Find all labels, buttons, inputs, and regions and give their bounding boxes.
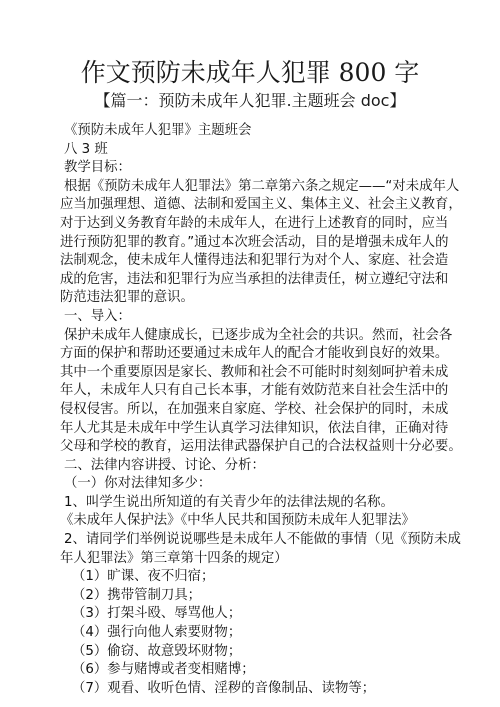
paragraph-line: 防范违法犯罪的意识。: [60, 289, 480, 308]
paragraph-line: 方面的保护和帮助还要通过未成年人的配合才能收到良好的效果。: [60, 345, 480, 364]
subsection-heading: （一）你对法律知多少：: [60, 475, 480, 494]
document-subtitle: 【篇一：预防未成年人犯罪.主题班会 doc】: [0, 91, 500, 111]
list-item: （6）参与赌博或者变相赌博；: [60, 661, 480, 680]
list-item: （1）旷课、夜不归宿；: [60, 568, 480, 587]
paragraph-line: 侵权侵害。所以，在加强来自家庭、学校、社会保护的同时，未成: [60, 401, 480, 420]
paragraph-line: 法制观念，使未成年人懂得违法和犯罪行为对个人、家庭、社会造: [60, 252, 480, 271]
law-names: 《未成年人保护法》《中华人民共和国预防未成年人犯罪法》: [60, 512, 480, 531]
paragraph-line: 进行预防犯罪的教育。”通过本次班会活动，目的是增强未成年人的: [60, 234, 480, 253]
paragraph-line: 年人，未成年人只有自己长本事，才能有效防范来自社会生活中的: [60, 382, 480, 401]
list-item: （4）强行向他人索要财物；: [60, 624, 480, 643]
document-body: 《预防未成年人犯罪》主题班会 八 3 班 教学目标： 根据《预防未成年人犯罪法》…: [60, 122, 480, 698]
paragraph-line: 年人尤其是未成年中学生认真学习法律知识，依法自律，正确对待: [60, 420, 480, 439]
paragraph-line: 根据《预防未成年人犯罪法》第二章第六条之规定——“对未成年人: [60, 178, 480, 197]
list-item: （3）打架斗殴、辱骂他人；: [60, 605, 480, 624]
list-item: （5）偷窃、故意毁坏财物；: [60, 643, 480, 662]
numbered-item: 2、请同学们举例说说哪些是未成年人不能做的事情（见《预防未成: [60, 531, 480, 550]
class-meeting-heading: 《预防未成年人犯罪》主题班会: [60, 122, 480, 141]
paragraph-line: 应当加强理想、道德、法制和爱国主义、集体主义、社会主义教育，: [60, 196, 480, 215]
teaching-goal-heading: 教学目标：: [60, 159, 480, 178]
document-title: 作文预防未成年人犯罪 800 字: [0, 58, 500, 88]
paragraph-line: 成的危害，违法和犯罪行为应当承担的法律责任，树立遵纪守法和: [60, 271, 480, 290]
paragraph-line: 保护未成年人健康成长，已逐步成为全社会的共识。然而，社会各: [60, 327, 480, 346]
class-name: 八 3 班: [60, 141, 480, 160]
paragraph-line: 其中一个重要原因是家长、教师和社会不可能时时刻刻呵护着未成: [60, 364, 480, 383]
section-heading-law: 二、法律内容讲授、讨论、分析：: [60, 457, 480, 476]
list-item: （2）携带管制刀具；: [60, 587, 480, 606]
section-heading-intro: 一、导入：: [60, 308, 480, 327]
paragraph-line: 对于达到义务教育年龄的未成年人，在进行上述教育的同时，应当: [60, 215, 480, 234]
paragraph-line: 年人犯罪法》第三章第十四条的规定）: [60, 550, 480, 569]
list-item: （7）观看、收听色情、淫秽的音像制品、读物等；: [60, 680, 480, 699]
paragraph-line: 父母和学校的教育，运用法律武器保护自己的合法权益则十分必要。: [60, 438, 480, 457]
numbered-item: 1、叫学生说出所知道的有关青少年的法律法规的名称。: [60, 494, 480, 513]
